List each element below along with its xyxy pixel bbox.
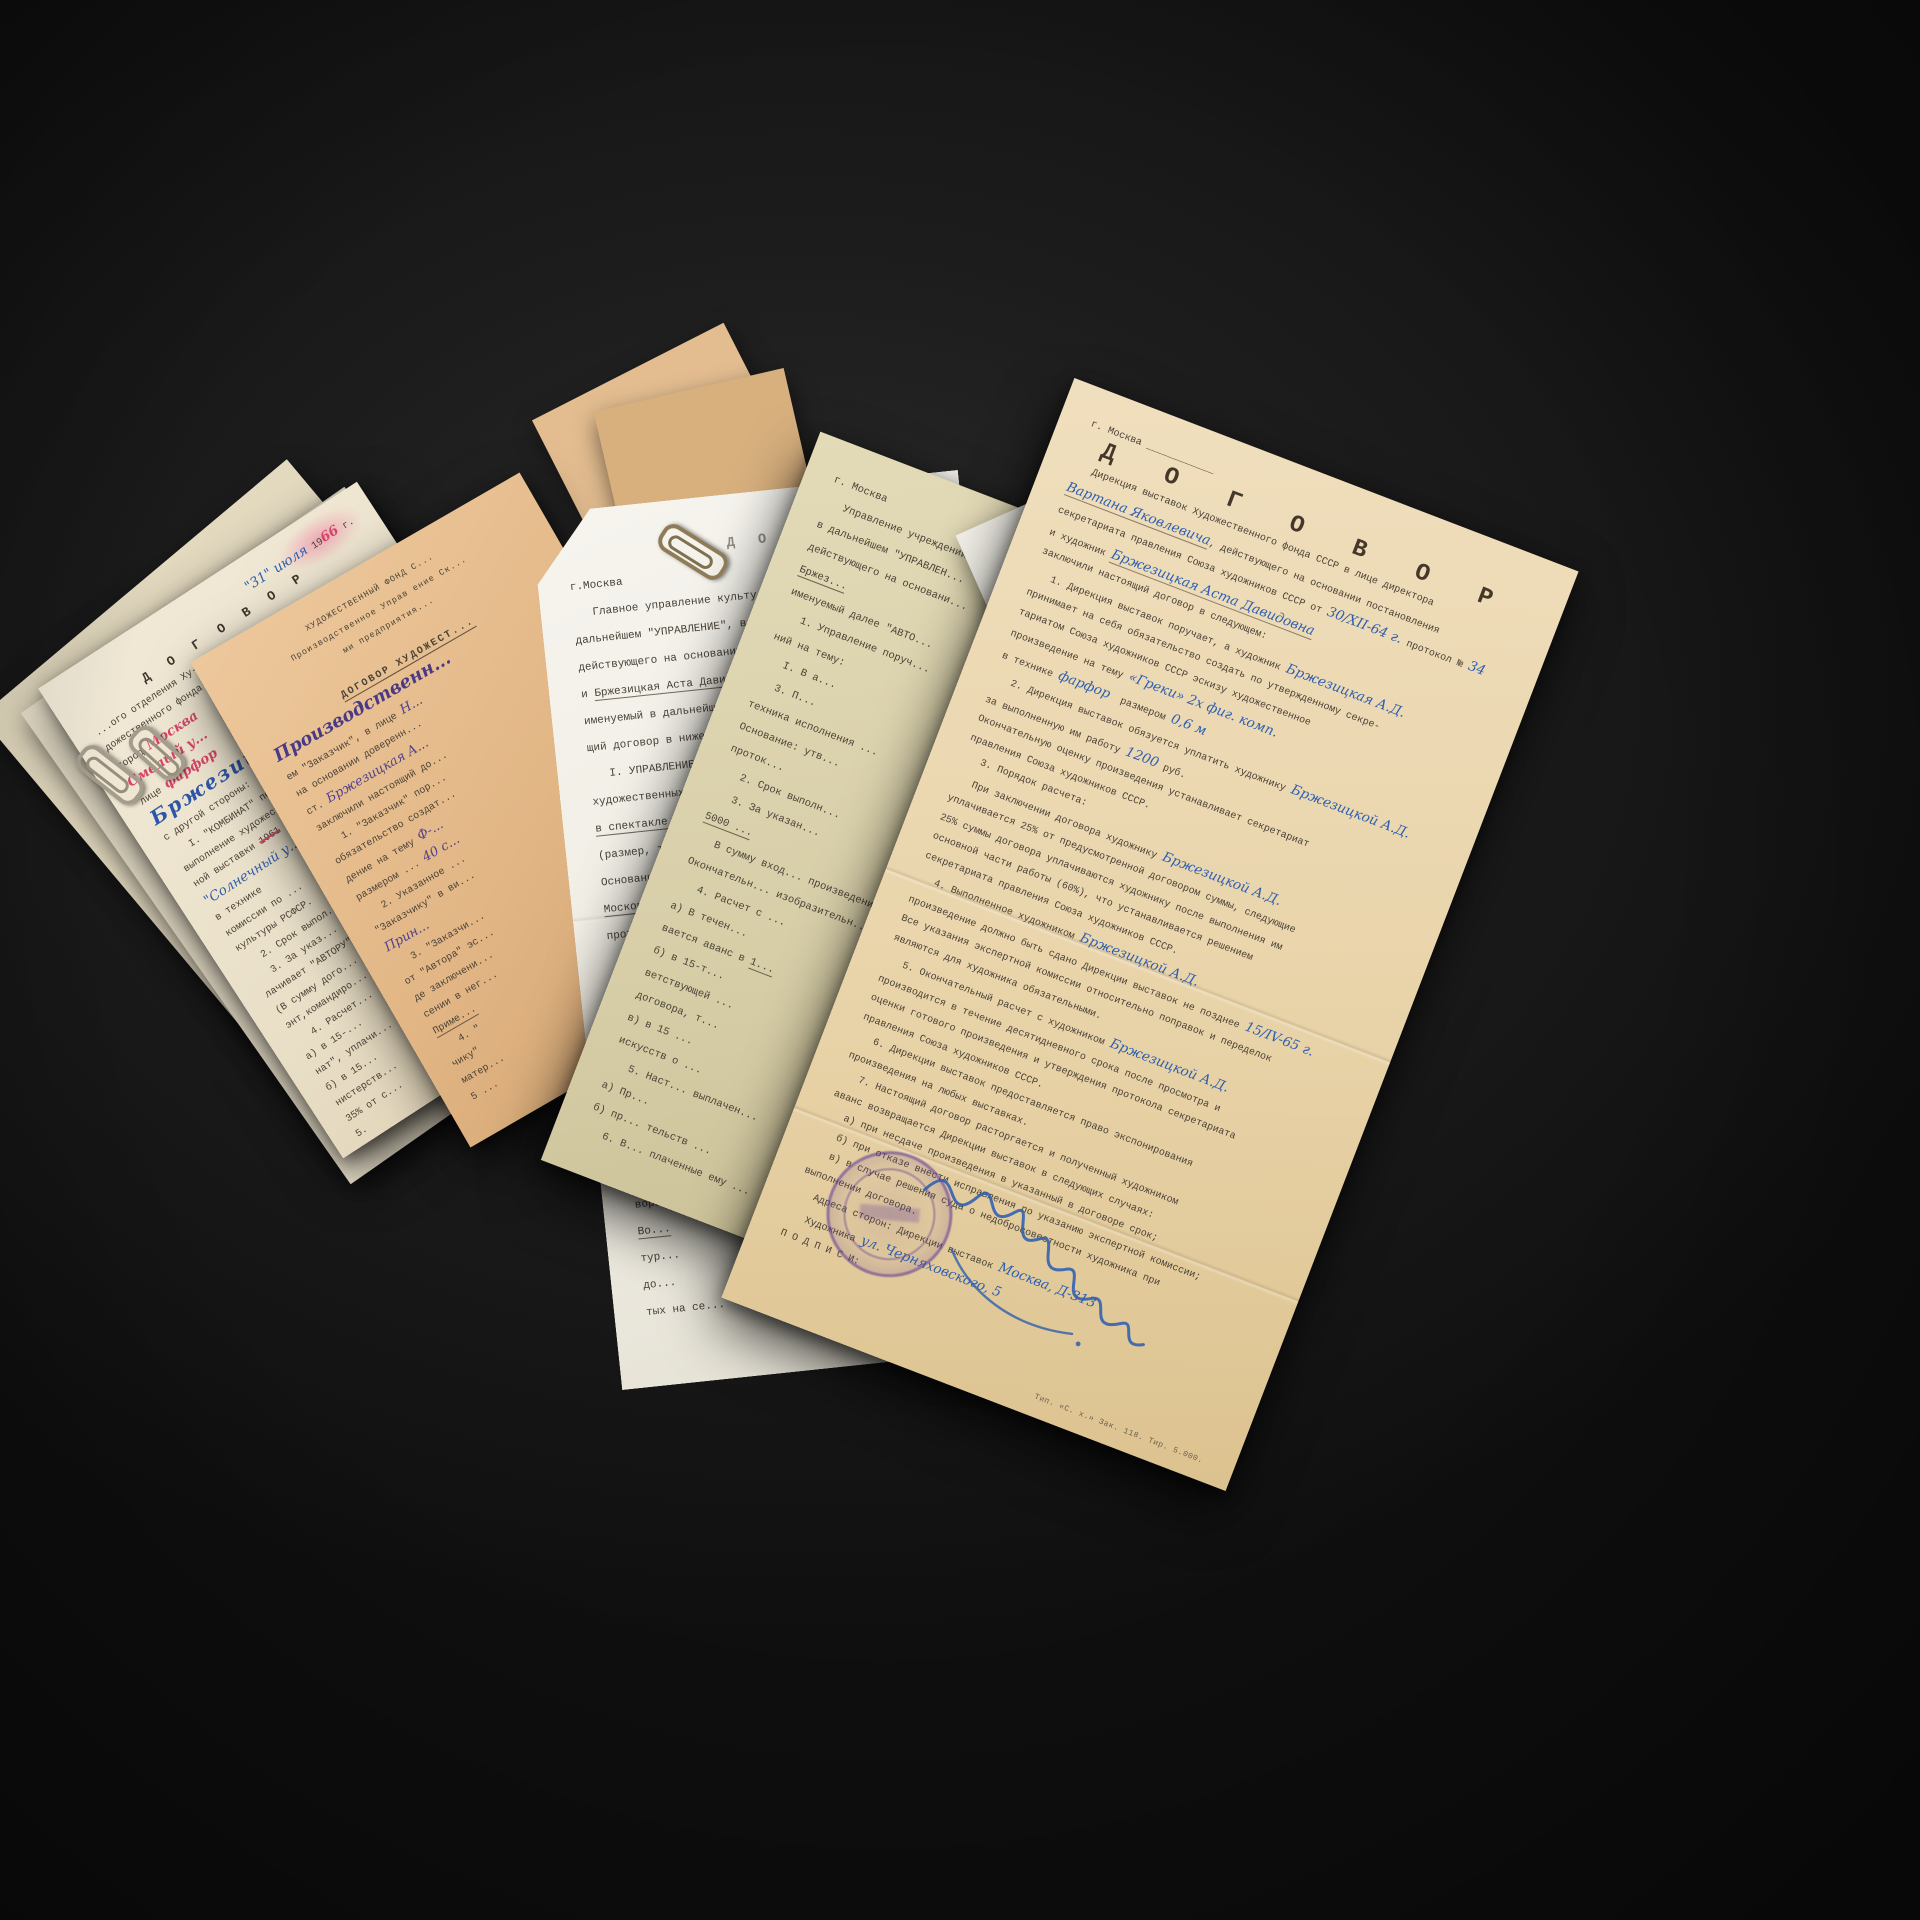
photo-scene: "31" июля 1966 г.Д О Г О В О Р...ого отд… [0,0,1920,1920]
